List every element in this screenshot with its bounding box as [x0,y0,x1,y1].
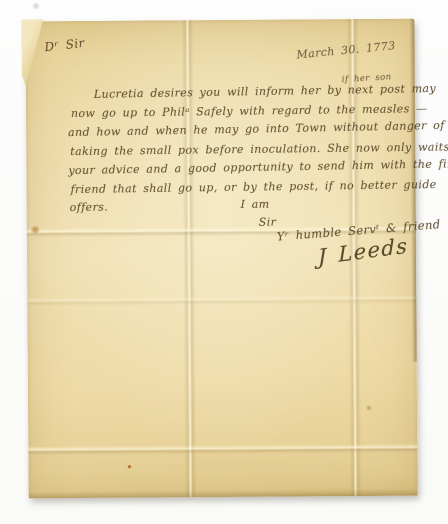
foxing-spot [127,465,131,469]
body-line-7: offers. [70,201,109,213]
body-line-5: your advice and a good opportunity to se… [68,158,448,176]
closing-sir: Sir [259,217,277,228]
letter-paper: Dʳ Sir March 30. 1773 if her son Lucreti… [25,19,417,499]
body-line-6: friend that shall go up, or by the post,… [70,179,436,195]
closing-i-am: I am [241,199,270,210]
body-line-2: now go up to Philᵃ Safely with regard to… [71,103,428,119]
signature: J Leeds [318,236,409,269]
foxing-spot [31,225,40,234]
body-line-1: Lucretia desires you will inform her by … [94,83,436,100]
body-line-4: taking the small pox before inoculation.… [70,141,448,157]
salutation: Dʳ Sir [44,37,85,53]
foxing-spot [366,405,372,411]
corner-fold-top-left [21,19,43,85]
body-line-3: and how and when he may go into Town wit… [68,120,445,138]
